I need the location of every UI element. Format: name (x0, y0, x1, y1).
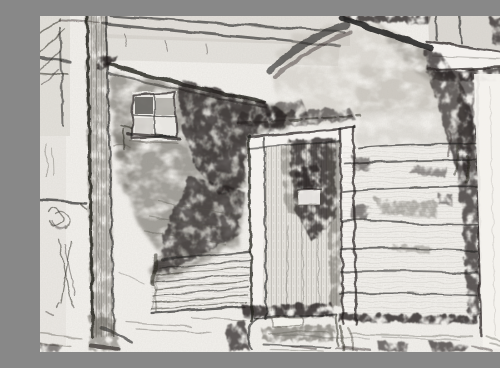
window-pane-dark (135, 97, 153, 114)
door-panel (298, 189, 320, 205)
lumber-stack (150, 249, 252, 313)
pencil-sketch-canvas (40, 16, 500, 352)
sketch-figure: Black-and-white pencil sketch of a rusti… (40, 16, 500, 352)
